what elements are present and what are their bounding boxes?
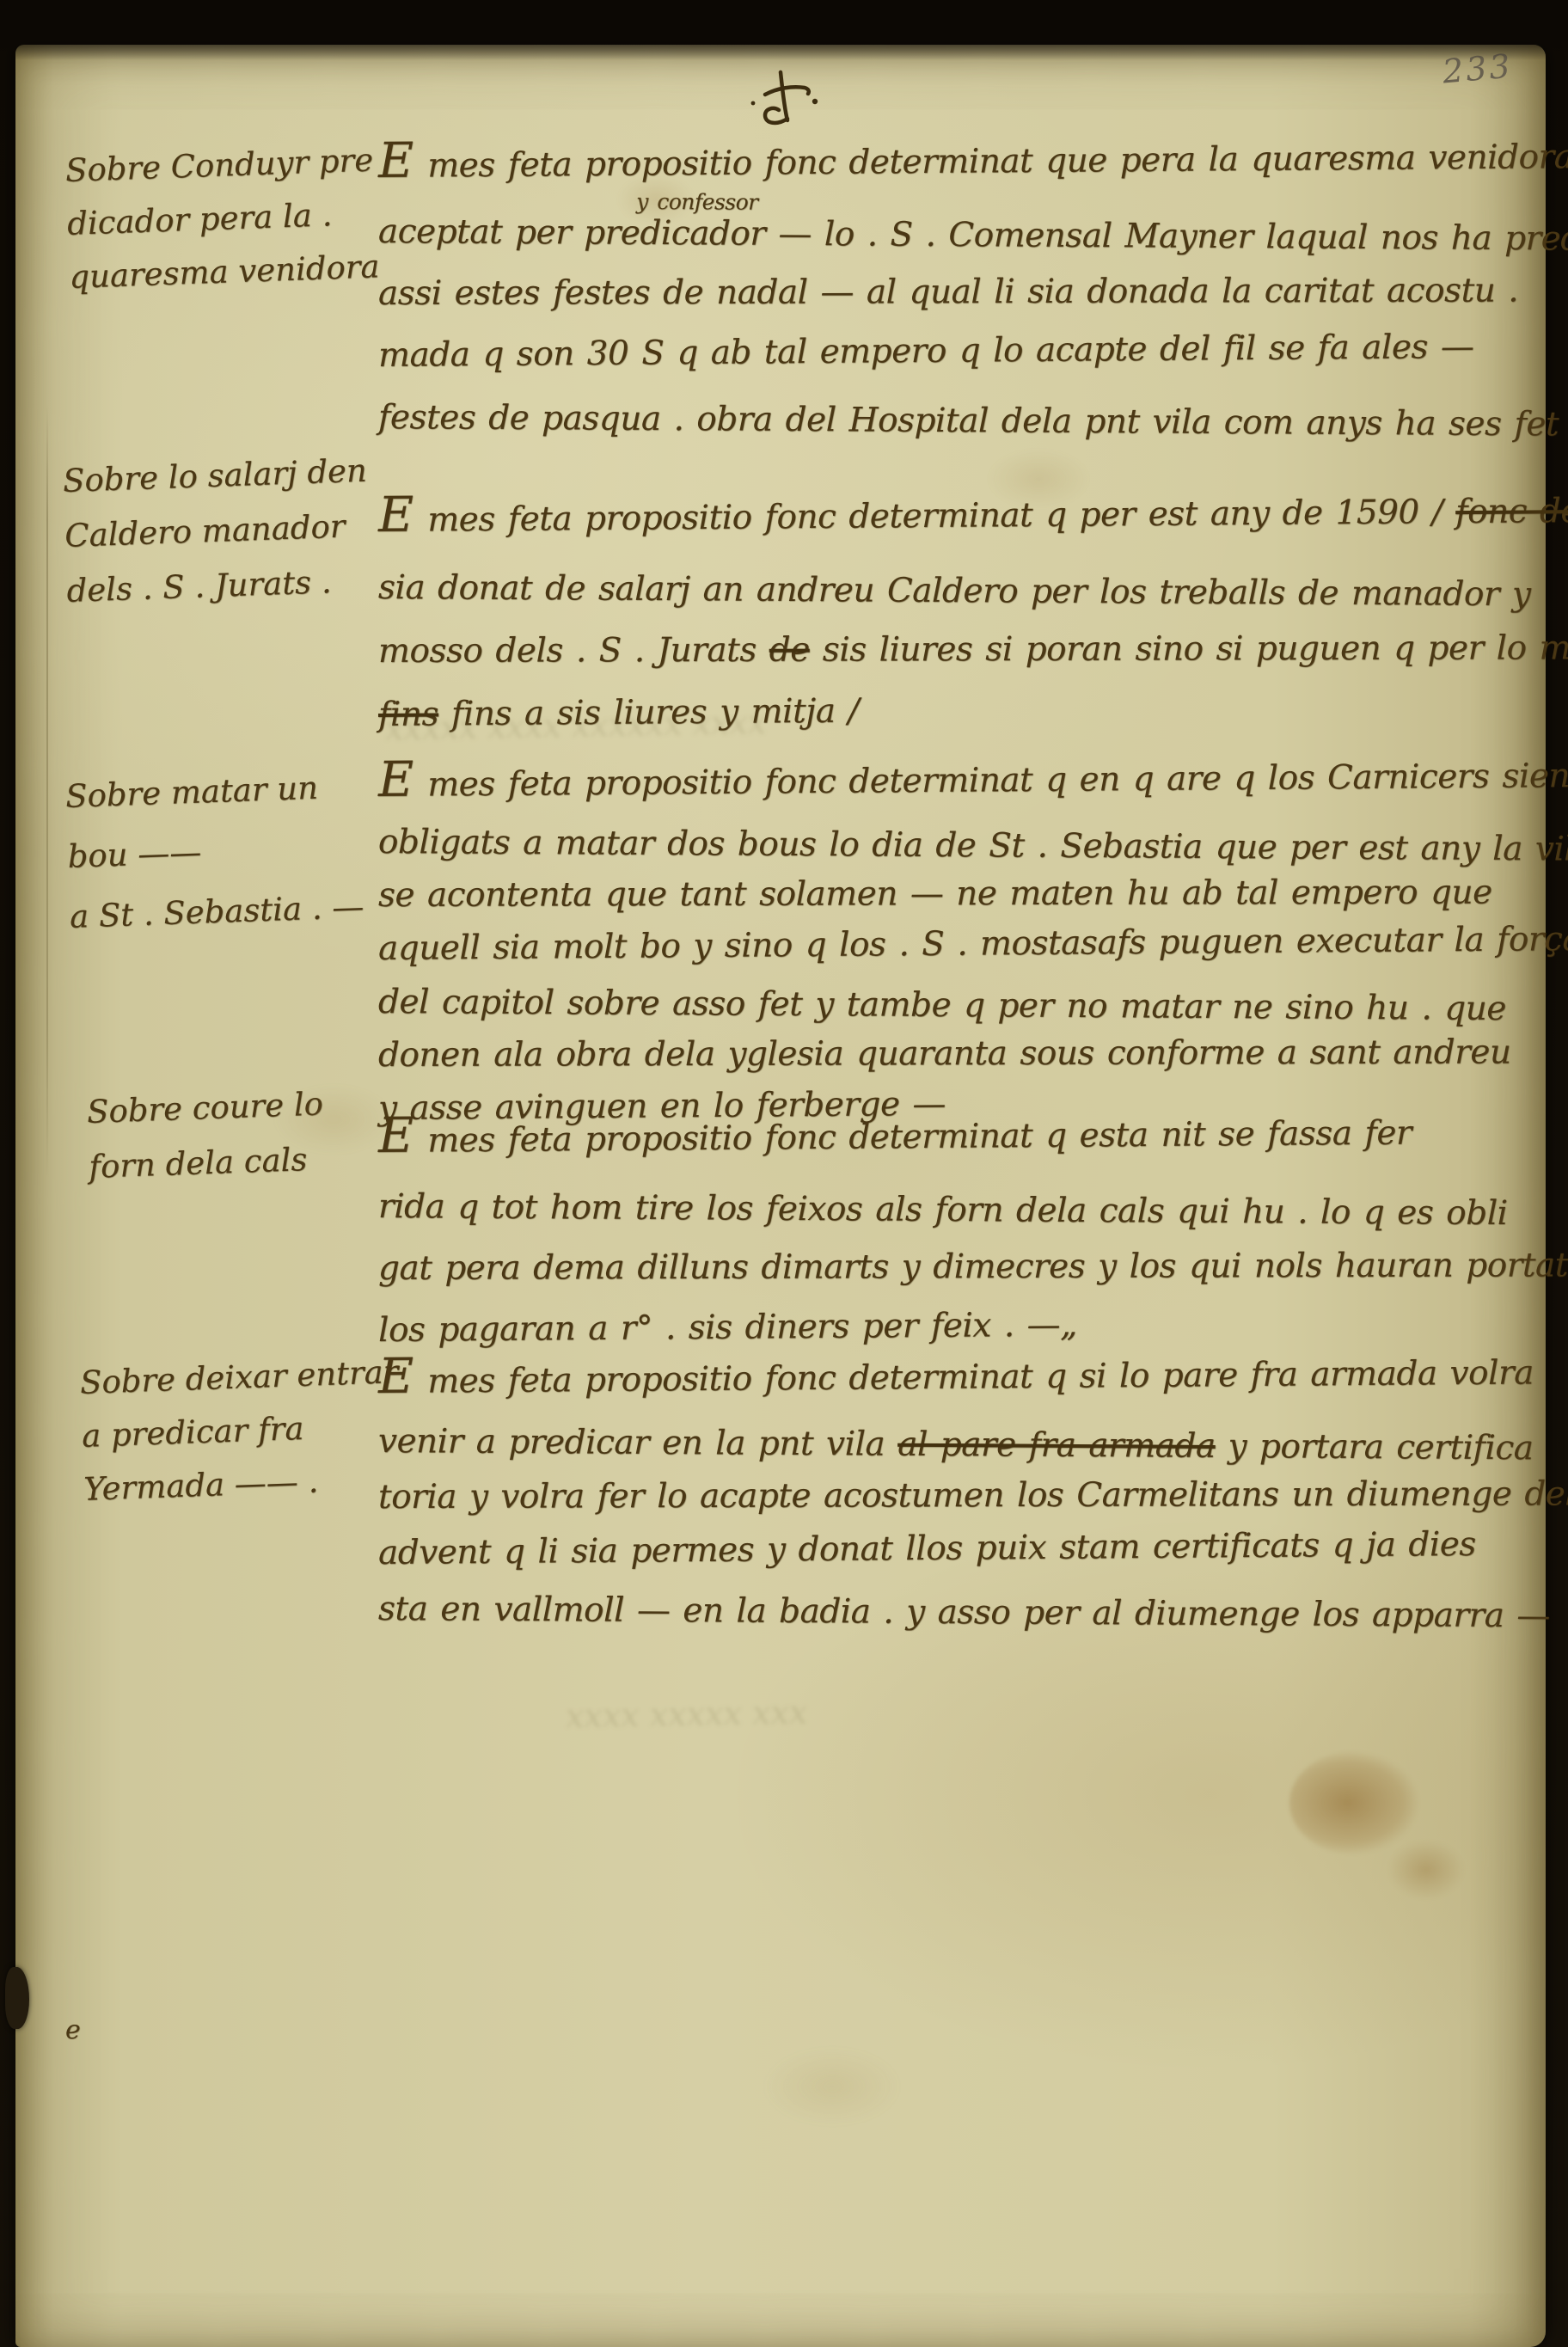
body-line: E mes feta propositio fonc determinat q …	[378, 482, 1547, 540]
margin-note-2: Sobre lo salarj den Caldero manador dels…	[62, 444, 371, 619]
margin-line: Sobre coure lo	[86, 1076, 324, 1140]
margin-note-1: Sobre Conduyr pre dicador pera la . quar…	[64, 133, 381, 303]
interlined-insertion: y confessor	[636, 190, 758, 212]
margin-line: quaresma venidora	[68, 240, 380, 304]
entry-2-body: E mes feta propositio fonc determinat q …	[378, 492, 1547, 732]
body-line: los pagaran a r° . sis diners per feix .…	[378, 1304, 1547, 1347]
body-line: E mes feta propositio fonc determinat q …	[378, 1344, 1547, 1401]
margin-note-3: Sobre matar un bou —— a St . Sebastia . …	[64, 757, 364, 947]
margin-line: Sobre deixar entrar	[79, 1345, 399, 1410]
body-line: donen ala obra dela yglesia quaranta sou…	[378, 1035, 1547, 1072]
fold-crease	[46, 404, 48, 1178]
body-line: festes de pasqua . obra del Hospital del…	[378, 401, 1547, 441]
ink-stain	[1289, 1751, 1418, 1854]
manuscript-page: 233 Sobre Conduyr pre dicador pera la . …	[15, 45, 1546, 2347]
body-line: se acontenta que tant solamen — ne maten…	[378, 875, 1547, 912]
foxing-spot	[763, 2048, 901, 2125]
body-line: aceptat per predicador — lo . S . Comens…	[378, 215, 1547, 255]
margin-line: forn dela cals	[88, 1131, 326, 1195]
margin-note-5: Sobre deixar entrar a predicar fra Yerma…	[79, 1345, 403, 1517]
body-line: E mes feta propositio fonc determinat qu…	[378, 128, 1547, 186]
folio-number: 233	[1441, 47, 1514, 91]
entry-1-body: E mes feta propositio fonc determinat qu…	[378, 138, 1547, 434]
body-text: venir a predicar en la pnt vila	[378, 1422, 897, 1464]
binding-edge-blot	[5, 1967, 29, 2029]
struck-text: al pare fra armada	[897, 1425, 1216, 1465]
body-text: sis liures si poran sino si puguen q per…	[810, 628, 1568, 670]
struck-text: fonc deter	[1455, 492, 1568, 532]
body-text: aceptat per predicador — lo . S . Comens…	[378, 212, 1568, 259]
body-line: toria y volra fer lo acapte acostumen lo…	[378, 1477, 1547, 1514]
margin-note-4: Sobre coure lo forn dela cals	[86, 1076, 326, 1195]
bleedthrough-smudge: xxxx xxxxx xxx	[566, 1694, 808, 1736]
body-line: del capitol sobre asso fet y tambe q per…	[378, 985, 1547, 1026]
margin-line: Sobre matar un	[64, 757, 361, 827]
body-line: gat pera dema dilluns dimarts y dimecres…	[378, 1248, 1547, 1285]
body-line: obligats a matar dos bous lo dia de St .…	[378, 825, 1547, 866]
entry-4-body: E mes feta propositio fonc determinat q …	[378, 1112, 1547, 1347]
entry-3-body: E mes feta propositio fonc determinat q …	[378, 757, 1547, 1125]
body-line: assi estes festes de nadal — al qual li …	[378, 273, 1547, 310]
body-line: mada q son 30 S q ab tal empero q lo aca…	[378, 329, 1547, 372]
cross-mark-icon	[739, 62, 825, 134]
body-text: E mes feta propositio fonc determinat q …	[378, 493, 1456, 540]
body-line: venir a predicar en la pnt vila al pare …	[378, 1425, 1547, 1465]
margin-line: dels . S . Jurats .	[65, 554, 371, 619]
body-line: E mes feta propositio fonc determinat q …	[378, 747, 1547, 805]
body-line: sia donat de salarj an andreu Caldero pe…	[378, 571, 1547, 611]
body-text: y portara certifica	[1216, 1426, 1534, 1467]
body-line: aquell sia molt bo y sino q los . S . mo…	[378, 922, 1547, 965]
ink-stain	[1387, 1840, 1465, 1900]
bleedthrough-smudge: xxxxx xxxx xxxxxx xxxx	[385, 703, 767, 748]
struck-text: de	[769, 630, 810, 669]
margin-line: Yermada —— .	[83, 1452, 402, 1517]
margin-line: bou ——	[66, 817, 363, 887]
body-line: sta en vallmoll — en la badia . y asso p…	[378, 1592, 1547, 1633]
entry-5-body: E mes feta propositio fonc determinat q …	[378, 1353, 1547, 1626]
body-line: E mes feta propositio fonc determinat q …	[378, 1103, 1547, 1161]
manuscript-photo: 233 Sobre Conduyr pre dicador pera la . …	[0, 0, 1568, 2347]
body-line: advent q li sia permes y donat llos puix…	[378, 1527, 1547, 1570]
body-text: mosso dels . S . Jurats	[378, 630, 769, 670]
body-line: rida q tot hom tire los feixos als forn …	[378, 1190, 1547, 1230]
margin-line: a St . Sebastia . —	[69, 877, 365, 947]
left-margin-mark: e	[65, 2015, 81, 2045]
body-line: mosso dels . S . Jurats de sis liures si…	[378, 631, 1547, 668]
